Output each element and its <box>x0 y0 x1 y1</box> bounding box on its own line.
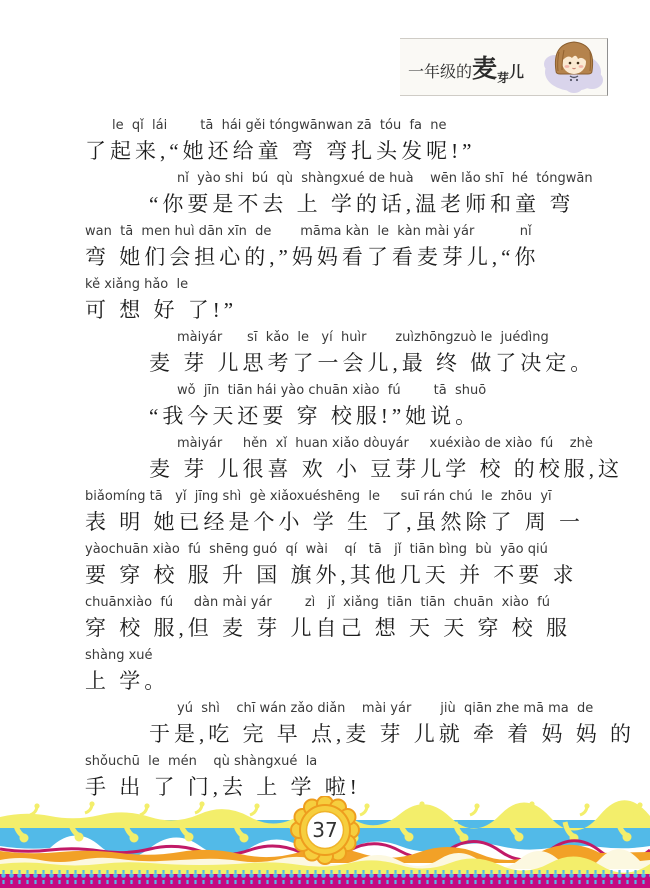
pinyin-line: màiyár sī kǎo le yí huìr zuìzhōngzuò le … <box>85 328 605 348</box>
hanzi-line: 表 明 她已经是个小 学 生 了,虽然除了 周 一 <box>85 507 605 538</box>
text-line: wǒ jīn tiān hái yào chuān xiào fú tā shu… <box>85 381 605 434</box>
text-line: yàochuān xiào fú shēng guó qí wài qí tā … <box>85 540 605 593</box>
page-number: 37 <box>312 818 337 842</box>
text-line: màiyár hěn xǐ huan xiǎo dòuyár xuéxiào d… <box>85 434 605 487</box>
text-line: nǐ yào shi bú qù shàngxué de huà wēn lǎo… <box>85 169 605 222</box>
pinyin-line: wan tā men huì dān xīn de māma kàn le kà… <box>85 222 605 242</box>
footer-blue-fringe <box>0 870 650 884</box>
text-line: chuānxiào fú dàn mài yár zì jǐ xiǎng tiā… <box>85 593 605 646</box>
hanzi-line: 麦 芽 儿思考了一会儿,最 终 做了决定。 <box>85 348 605 379</box>
pinyin-line: kě xiǎng hǎo le <box>85 275 605 295</box>
book-title-suffix: 儿 <box>509 65 524 81</box>
hanzi-line: 于是,吃 完 早 点,麦 芽 儿就 牵 着 妈 妈 的 <box>85 719 605 750</box>
book-title-big-char: 麦 <box>472 56 497 83</box>
text-line: biǎomíng tā yǐ jīng shì gè xiǎoxuéshēng … <box>85 487 605 540</box>
text-line: yú shì chī wán zǎo diǎn mài yár jiù qiān… <box>85 699 605 752</box>
pinyin-line: yàochuān xiào fú shēng guó qí wài qí tā … <box>85 540 605 560</box>
hanzi-line: 了起来,“她还给童 弯 弯扎头发呢!” <box>85 136 605 167</box>
hanzi-line: 要 穿 校 服 升 国 旗外,其他几天 并 不要 求 <box>85 560 605 591</box>
chapter-header-banner: 一年级的麦芽儿 <box>400 38 608 96</box>
book-title-sub-char: 芽 <box>497 71 509 85</box>
text-line: shàng xué 上 学。 <box>85 646 605 699</box>
pinyin-line: màiyár hěn xǐ huan xiǎo dòuyár xuéxiào d… <box>85 434 605 454</box>
book-title-prefix: 一年级的 <box>408 64 472 81</box>
hanzi-line: 弯 她们会担心的,”妈妈看了看麦芽儿,“你 <box>85 242 605 273</box>
pinyin-line: shàng xué <box>85 646 605 666</box>
pinyin-line: wǒ jīn tiān hái yào chuān xiào fú tā shu… <box>85 381 605 401</box>
hanzi-line: “你要是不去 上 学的话,温老师和童 弯 <box>85 189 605 220</box>
hanzi-line: 麦 芽 儿很喜 欢 小 豆芽儿学 校 的校服,这 <box>85 454 605 485</box>
book-title: 一年级的麦芽儿 <box>400 49 543 85</box>
text-line: le qǐ lái tā hái gěi tóngwānwan zā tóu f… <box>85 116 605 169</box>
decorative-footer-border: 37 <box>0 796 650 888</box>
pinyin-line: le qǐ lái tā hái gěi tóngwānwan zā tóu f… <box>85 116 605 136</box>
pinyin-line: chuānxiào fú dàn mài yár zì jǐ xiǎng tiā… <box>85 593 605 613</box>
pinyin-line: yú shì chī wán zǎo diǎn mài yár jiù qiān… <box>85 699 605 719</box>
hanzi-line: 穿 校 服,但 麦 芽 儿自己 想 天 天 穿 校 服 <box>85 613 605 644</box>
text-line: wan tā men huì dān xīn de māma kàn le kà… <box>85 222 605 275</box>
text-line: màiyár sī kǎo le yí huìr zuìzhōngzuò le … <box>85 328 605 381</box>
pinyin-line: shǒuchū le mén qù shàngxué la <box>85 752 605 772</box>
girl-illustration-icon <box>543 38 605 96</box>
pinyin-line: nǐ yào shi bú qù shàngxué de huà wēn lǎo… <box>85 169 605 189</box>
book-page: 一年级的麦芽儿 le qǐ lái tā hái gěi tóngwānwan … <box>0 0 650 888</box>
hanzi-line: 可 想 好 了!” <box>85 295 605 326</box>
story-text: le qǐ lái tā hái gěi tóngwānwan zā tóu f… <box>85 116 605 805</box>
pinyin-line: biǎomíng tā yǐ jīng shì gè xiǎoxuéshēng … <box>85 487 605 507</box>
hanzi-line: “我今天还要 穿 校服!”她说。 <box>85 401 605 432</box>
hanzi-line: 上 学。 <box>85 666 605 697</box>
text-line: kě xiǎng hǎo le 可 想 好 了!” <box>85 275 605 328</box>
